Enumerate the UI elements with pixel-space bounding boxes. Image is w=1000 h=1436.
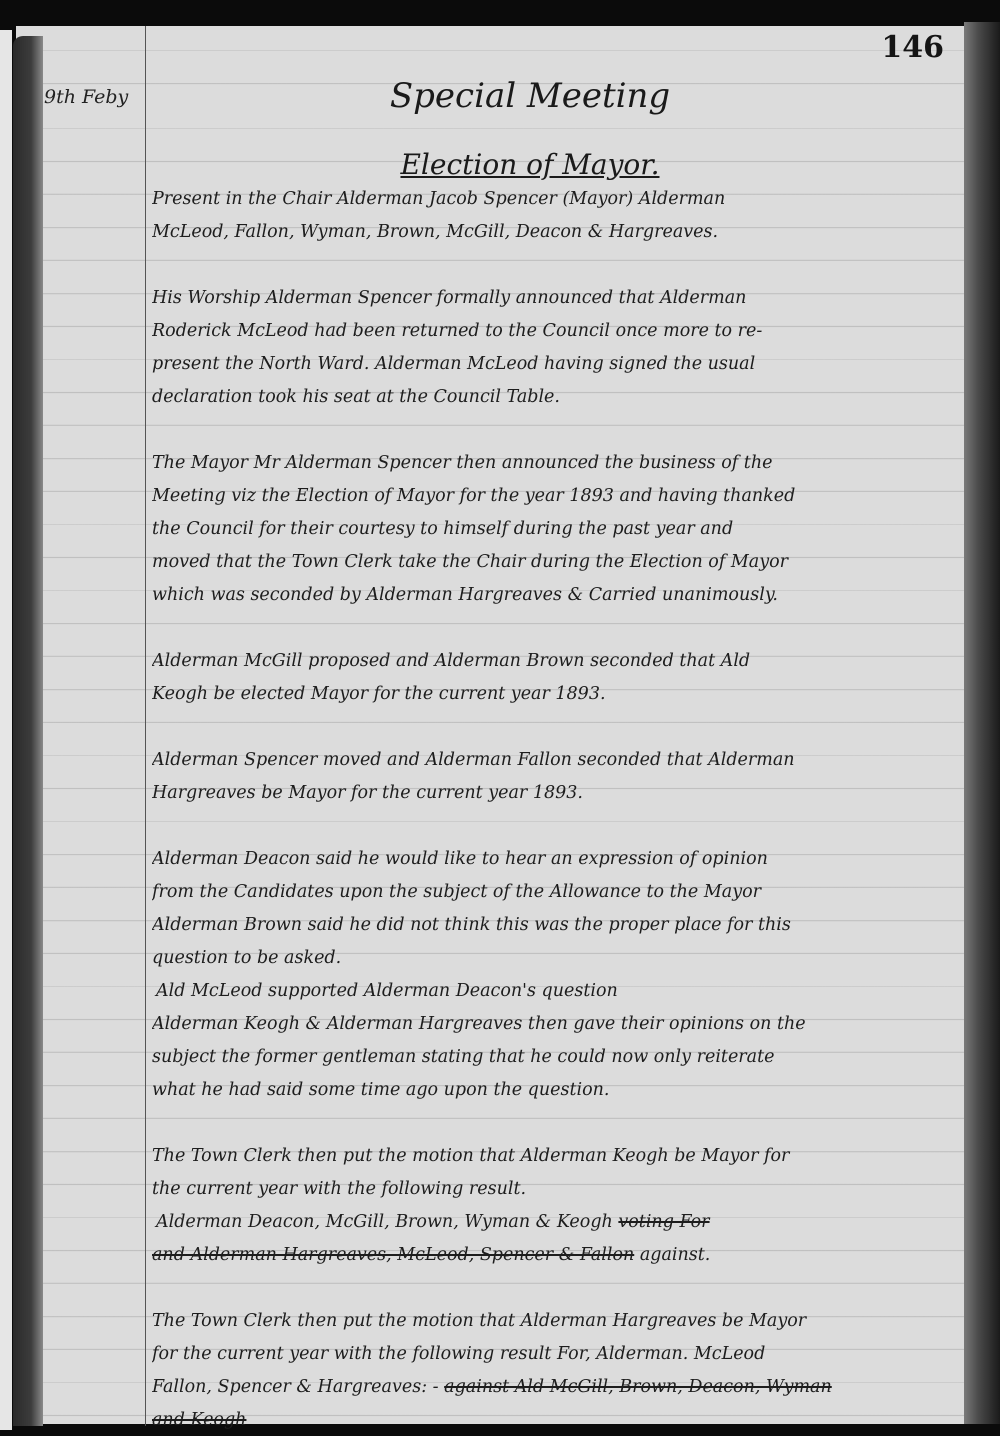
text-line: His Worship Alderman Spencer formally an… bbox=[152, 282, 942, 315]
vote-line: Alderman Deacon, McGill, Brown, Wyman & … bbox=[152, 1206, 942, 1239]
paragraph-keogh-vote: The Town Clerk then put the motion that … bbox=[152, 1140, 942, 1272]
text-line: Present in the Chair Alderman Jacob Spen… bbox=[152, 183, 942, 216]
text-line: Alderman McGill proposed and Alderman Br… bbox=[152, 645, 942, 678]
book-spine-shadow bbox=[13, 36, 43, 1426]
text-line: Meeting viz the Election of Mayor for th… bbox=[152, 480, 942, 513]
text-line: declaration took his seat at the Council… bbox=[152, 381, 942, 414]
text-line: Alderman Spencer moved and Alderman Fall… bbox=[152, 744, 942, 777]
vote-names: Alderman Deacon, McGill, Brown, Wyman & … bbox=[156, 1212, 613, 1232]
text-line: The Town Clerk then put the motion that … bbox=[152, 1305, 942, 1338]
page-subtitle: Election of Mayor. bbox=[0, 148, 1000, 181]
text-line: Roderick McLeod had been returned to the… bbox=[152, 315, 942, 348]
struck-text: voting For bbox=[618, 1212, 709, 1232]
paragraph-hargreaves-vote: The Town Clerk then put the motion that … bbox=[152, 1305, 942, 1436]
struck-text: and Alderman Hargreaves, McLeod, Spencer… bbox=[152, 1245, 634, 1265]
vote-line: and Keogh bbox=[152, 1404, 942, 1436]
text-line: moved that the Town Clerk take the Chair… bbox=[152, 546, 942, 579]
paragraph-attendance: Present in the Chair Alderman Jacob Spen… bbox=[152, 183, 942, 249]
struck-text: against Ald McGill, Brown, Deacon, Wyman bbox=[444, 1377, 832, 1397]
text-line: The Town Clerk then put the motion that … bbox=[152, 1140, 942, 1173]
text-line: Ald McLeod supported Alderman Deacon's q… bbox=[152, 975, 942, 1008]
text-line: McLeod, Fallon, Wyman, Brown, McGill, De… bbox=[152, 216, 942, 249]
text-line: The Mayor Mr Alderman Spencer then annou… bbox=[152, 447, 942, 480]
vote-line: Fallon, Spencer & Hargreaves: - against … bbox=[152, 1371, 942, 1404]
text-line: the current year with the following resu… bbox=[152, 1173, 942, 1206]
paragraph-keogh-nomination: Alderman McGill proposed and Alderman Br… bbox=[152, 645, 942, 711]
text-line: the Council for their courtesy to himsel… bbox=[152, 513, 942, 546]
paragraph-announcement: His Worship Alderman Spencer formally an… bbox=[152, 282, 942, 414]
text-line: present the North Ward. Alderman McLeod … bbox=[152, 348, 942, 381]
text-line: Alderman Keogh & Alderman Hargreaves the… bbox=[152, 1008, 942, 1041]
text-line: which was seconded by Alderman Hargreave… bbox=[152, 579, 942, 612]
page-title: Special Meeting bbox=[0, 76, 1000, 116]
vote-line: and Alderman Hargreaves, McLeod, Spencer… bbox=[152, 1239, 942, 1272]
paragraph-hargreaves-nomination: Alderman Spencer moved and Alderman Fall… bbox=[152, 744, 942, 810]
text-line: Alderman Deacon said he would like to he… bbox=[152, 843, 942, 876]
text-line: question to be asked. bbox=[152, 942, 942, 975]
text-line: Keogh be elected Mayor for the current y… bbox=[152, 678, 942, 711]
text-line: for the current year with the following … bbox=[152, 1338, 942, 1371]
text-line: Alderman Brown said he did not think thi… bbox=[152, 909, 942, 942]
minutes-body: Present in the Chair Alderman Jacob Spen… bbox=[152, 183, 942, 1436]
paragraph-allowance-question: Alderman Deacon said he would like to he… bbox=[152, 843, 942, 1107]
text-line: Hargreaves be Mayor for the current year… bbox=[152, 777, 942, 810]
page-edge-right bbox=[964, 22, 1000, 1424]
struck-text: and Keogh bbox=[152, 1410, 246, 1430]
text-line: what he had said some time ago upon the … bbox=[152, 1074, 942, 1107]
paragraph-business: The Mayor Mr Alderman Spencer then annou… bbox=[152, 447, 942, 612]
text-line: subject the former gentleman stating tha… bbox=[152, 1041, 942, 1074]
text-line: from the Candidates upon the subject of … bbox=[152, 876, 942, 909]
previous-page-edge bbox=[0, 30, 12, 1430]
margin-rule bbox=[145, 26, 146, 1426]
vote-names: Fallon, Spencer & Hargreaves: - bbox=[152, 1377, 439, 1397]
vote-result: against. bbox=[640, 1245, 711, 1265]
page-number: 146 bbox=[881, 30, 944, 65]
